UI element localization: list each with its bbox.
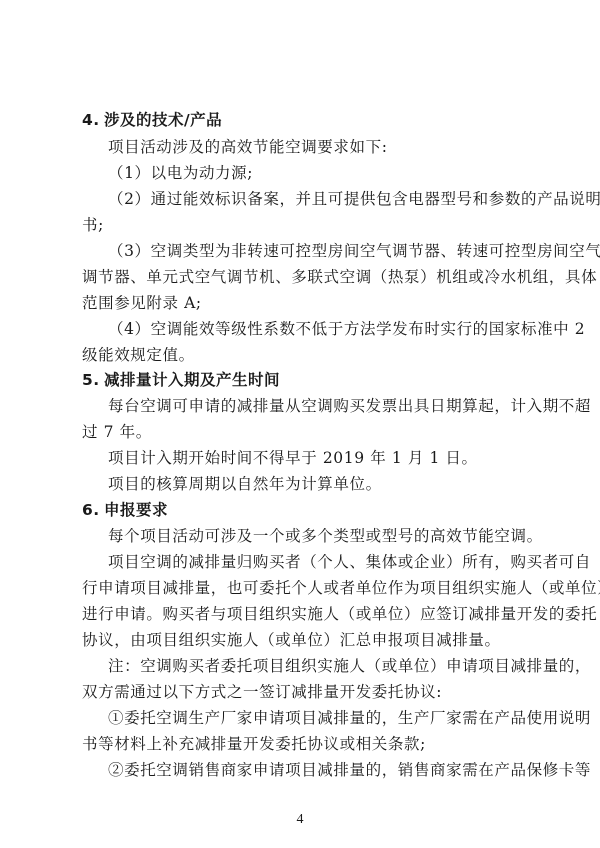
page-number: 4 — [0, 812, 600, 828]
section-number: 6. — [82, 500, 104, 520]
note-line: 双方需通过以下方式之一签订减排量开发委托协议: — [82, 682, 522, 702]
paragraph-line: 过 7 年。 — [82, 422, 522, 442]
paragraph-line: 级能效规定值。 — [82, 345, 522, 365]
paragraph-line: 范围参见附录 A; — [82, 293, 522, 313]
paragraph-line: 调节器、单元式空气调节机、多联式空调（热泵）机组或冷水机组，具体 — [82, 267, 522, 287]
section-number: 4. — [82, 110, 104, 130]
list-item: ②委托空调销售商家申请项目减排量的，销售商家需在产品保修卡等 — [108, 760, 548, 780]
section-heading-4: 4.涉及的技术/产品 — [82, 110, 522, 130]
list-item: ①委托空调生产厂家申请项目减排量的，生产厂家需在产品使用说明 — [108, 708, 548, 728]
paragraph-line: 书; — [82, 215, 522, 235]
section-heading-6: 6.申报要求 — [82, 500, 522, 520]
paragraph-line: 书等材料上补充减排量开发委托协议或相关条款; — [82, 734, 522, 754]
section-title: 涉及的技术/产品 — [104, 111, 222, 129]
section-number: 5. — [82, 370, 104, 390]
section-heading-5: 5.减排量计入期及产生时间 — [82, 370, 522, 390]
paragraph-line: 项目的核算周期以自然年为计算单位。 — [108, 474, 548, 494]
list-item: （2）通过能效标识备案，并且可提供包含电器型号和参数的产品说明 — [108, 189, 548, 209]
list-item: （1）以电为动力源; — [108, 163, 548, 183]
list-item: （4）空调能效等级性系数不低于方法学发布时实行的国家标准中 2 — [108, 319, 548, 339]
paragraph-line: 进行申请。购买者与项目组织实施人（或单位）应签订减排量开发的委托 — [82, 604, 522, 624]
paragraph-line: 行申请项目减排量，也可委托个人或者单位作为项目组织实施人（或单位） — [82, 578, 522, 598]
paragraph-line: 项目空调的减排量归购买者（个人、集体或企业）所有，购买者可自 — [108, 552, 548, 572]
paragraph-line: 每个项目活动可涉及一个或多个类型或型号的高效节能空调。 — [108, 526, 548, 546]
document-page: 4.涉及的技术/产品 项目活动涉及的高效节能空调要求如下: （1）以电为动力源;… — [0, 0, 600, 848]
paragraph-line: 项目活动涉及的高效节能空调要求如下: — [108, 137, 548, 157]
section-title: 申报要求 — [104, 501, 168, 519]
list-item: （3）空调类型为非转速可控型房间空气调节器、转速可控型房间空气 — [108, 241, 548, 261]
paragraph-line: 项目计入期开始时间不得早于 2019 年 1 月 1 日。 — [108, 448, 548, 468]
paragraph-line: 协议，由项目组织实施人（或单位）汇总申报项目减排量。 — [82, 630, 522, 650]
note-line: 注：空调购买者委托项目组织实施人（或单位）申请项目减排量的， — [108, 656, 548, 676]
section-title: 减排量计入期及产生时间 — [104, 371, 280, 389]
paragraph-line: 每台空调可申请的减排量从空调购买发票出具日期算起，计入期不超 — [108, 396, 548, 416]
